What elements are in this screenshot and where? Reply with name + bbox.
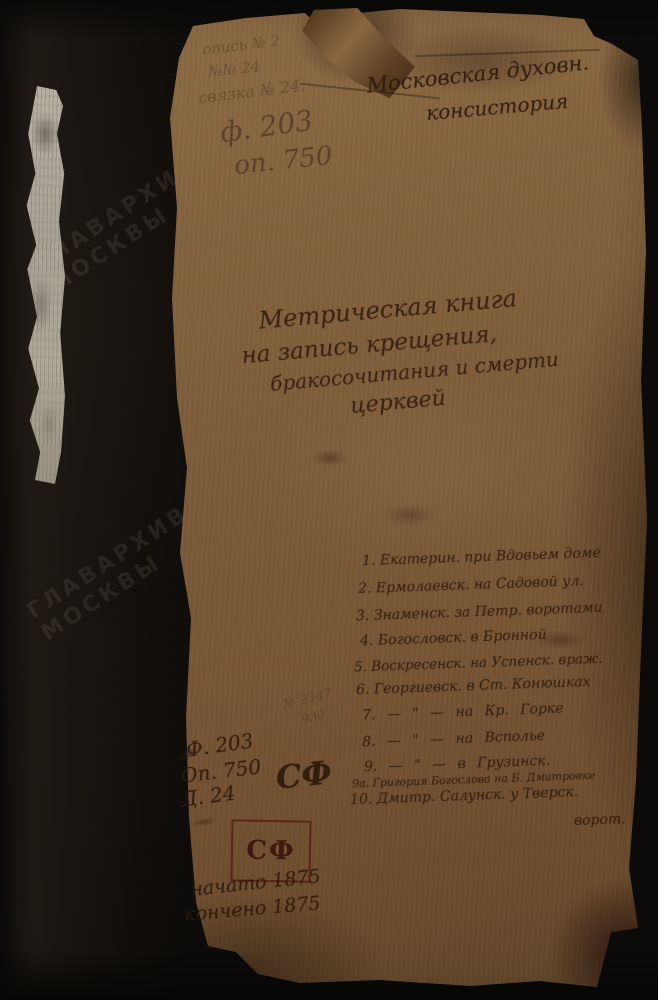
- sf-handwritten: СФ: [274, 753, 333, 797]
- archive-photo: ГЛАВАРХИВ МОСКВЫ ГЛАВАРХИВ МОСКВЫ опись …: [0, 0, 658, 1000]
- church-list-item-tail: ворот.: [574, 811, 626, 829]
- stamp-text: СФ: [246, 836, 296, 867]
